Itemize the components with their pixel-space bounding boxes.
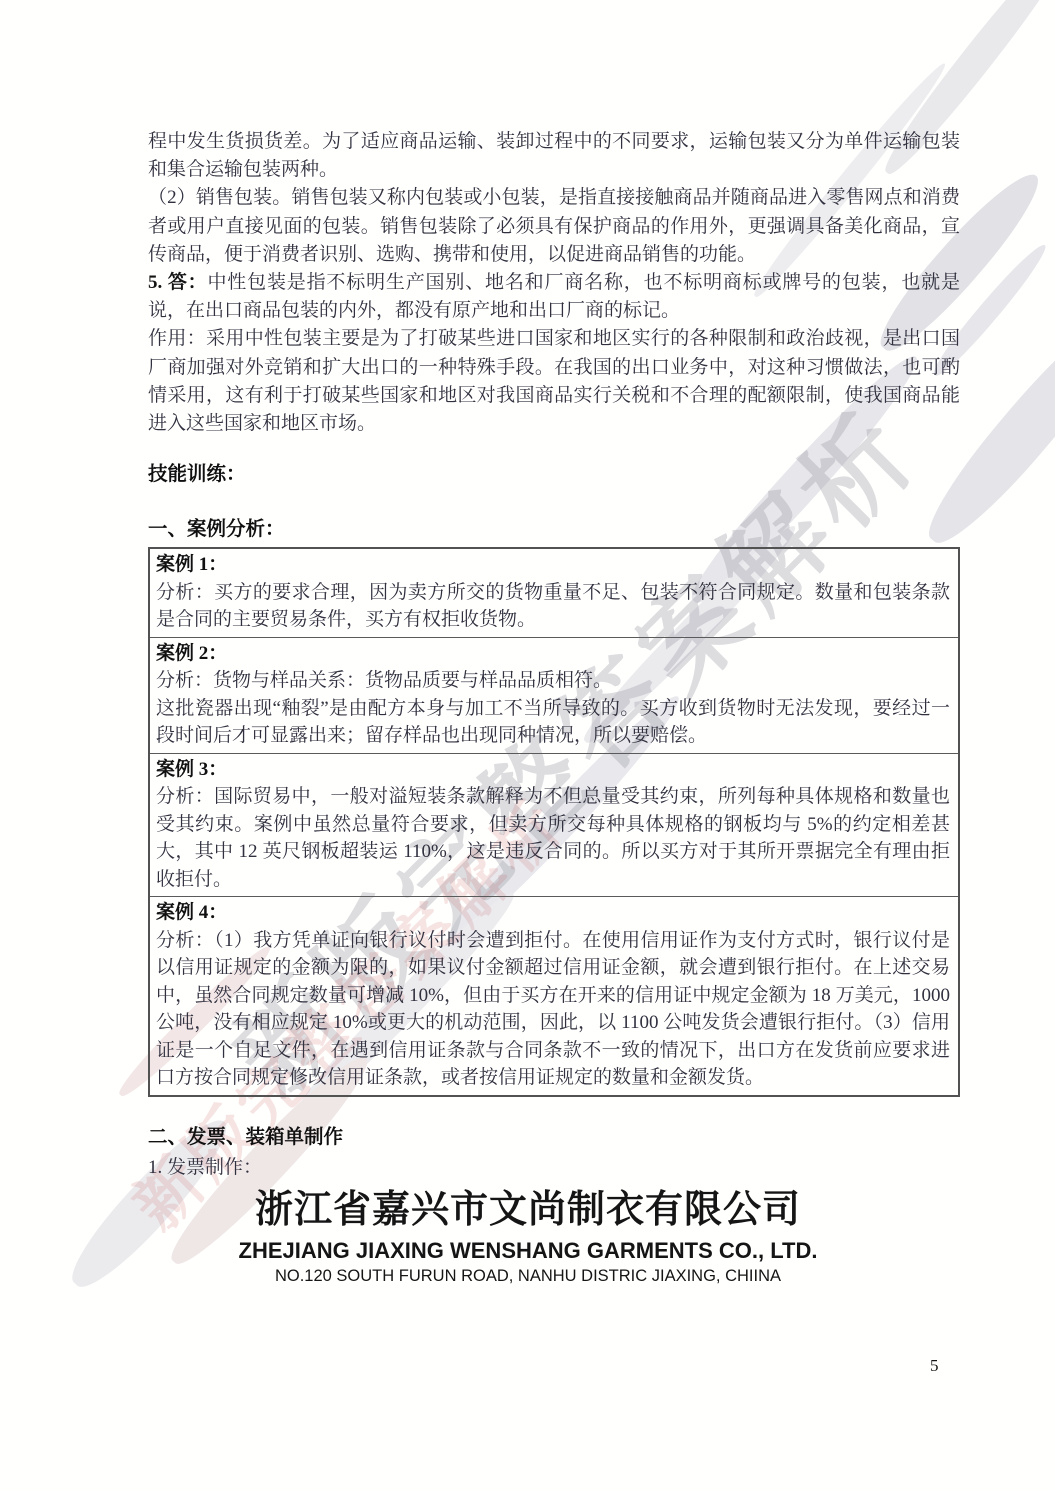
page-number: 5 [930, 1356, 939, 1376]
case-3-title: 案例 3： [156, 756, 950, 784]
company-letterhead: 浙江省嘉兴市文尚制衣有限公司 ZHEJIANG JIAXING WENSHANG… [148, 1187, 908, 1286]
case-1-title: 案例 1： [156, 551, 950, 579]
document-page: 新版完整答案解析 新版完整答案解析 程中发生货损货差。为了适应商品运输、装卸过程… [0, 0, 1055, 1491]
case-2-analysis: 分析：货物与样品关系：货物品质要与样品品质相符。 [156, 667, 950, 695]
invoice-sub-item: 1. 发票制作： [148, 1154, 960, 1181]
case-2-title: 案例 2： [156, 640, 950, 668]
table-row: 案例 3： 分析：国际贸易中，一般对溢短装条款解释为不但总量受其约束，所列每种具… [150, 753, 958, 897]
table-row: 案例 2： 分析：货物与样品关系：货物品质要与样品品质相符。 这批瓷器出现“釉裂… [150, 637, 958, 753]
answer-5-function: 作用：采用中性包装主要是为了打破某些进口国家和地区实行的各种限制和政治歧视，是出… [148, 325, 960, 438]
table-row: 案例 1： 分析：买方的要求合理，因为卖方所交的货物重量不足、包装不符合同规定。… [150, 549, 958, 637]
skills-training-heading: 技能训练： [148, 462, 960, 488]
case-analysis-table: 案例 1： 分析：买方的要求合理，因为卖方所交的货物重量不足、包装不符合同规定。… [148, 547, 960, 1097]
intro-paragraph-1: 程中发生货损货差。为了适应商品运输、装卸过程中的不同要求，运输包装又分为单件运输… [148, 128, 960, 184]
company-name-chinese: 浙江省嘉兴市文尚制衣有限公司 [148, 1187, 908, 1233]
table-row: 案例 4： 分析：（1）我方凭单证向银行议付时会遭到拒付。在使用信用证作为支付方… [150, 896, 958, 1095]
case-1-analysis: 分析：买方的要求合理，因为卖方所交的货物重量不足、包装不符合同规定。数量和包装条… [156, 579, 950, 634]
intro-paragraph-2: （2）销售包装。销售包装又称内包装或小包装，是指直接接触商品并随商品进入零售网点… [148, 184, 960, 269]
case-3-analysis: 分析：国际贸易中，一般对溢短装条款解释为不但总量受其约束，所列每种具体规格和数量… [156, 783, 950, 893]
answer-5-definition: 中性包装是指不标明生产国别、地名和厂商名称，也不标明商标或牌号的包装，也就是说，… [148, 272, 960, 321]
answer-5-label: 5. 答： [148, 272, 207, 293]
case-analysis-heading: 一、案例分析： [148, 518, 960, 542]
case-2-analysis-cont: 这批瓷器出现“釉裂”是由配方本身与加工不当所导致的。买方收到货物时无法发现，要经… [156, 695, 950, 750]
company-address: NO.120 SOUTH FURUN ROAD, NANHU DISTRIC J… [148, 1266, 908, 1286]
company-name-english: ZHEJIANG JIAXING WENSHANG GARMENTS CO., … [148, 1238, 908, 1264]
document-body: 程中发生货损货差。为了适应商品运输、装卸过程中的不同要求，运输包装又分为单件运输… [148, 128, 960, 1286]
answer-5-paragraph: 5. 答：中性包装是指不标明生产国别、地名和厂商名称，也不标明商标或牌号的包装，… [148, 269, 960, 325]
invoice-section-heading: 二、发票、装箱单制作 [148, 1125, 960, 1151]
case-4-title: 案例 4： [156, 899, 950, 927]
case-4-analysis: 分析：（1）我方凭单证向银行议付时会遭到拒付。在使用信用证作为支付方式时，银行议… [156, 927, 950, 1092]
